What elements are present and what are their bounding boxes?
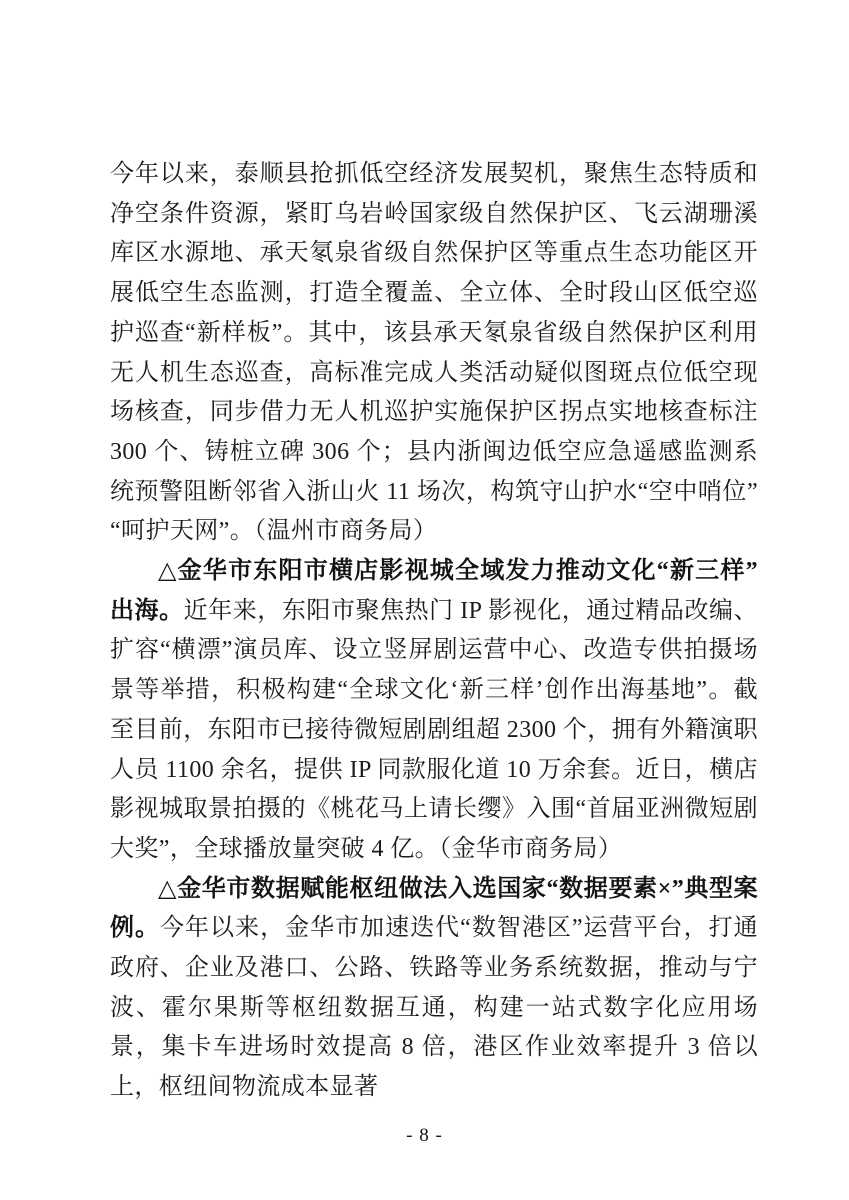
news-item-data-hub-body: 今年以来，金华市加速迭代“数智港区”运营平台，打通政府、企业及港口、公路、铁路等…: [110, 915, 758, 1100]
document-body: 今年以来，泰顺县抢抓低空经济发展契机，聚焦生态特质和净空条件资源，紧盯乌岩岭国家…: [110, 155, 758, 1108]
news-item-data-hub: △金华市数据赋能枢纽做法入选国家“数据要素×”典型案例。今年以来，金华市加速迭代…: [110, 870, 758, 1108]
page-number: - 8 -: [406, 1125, 443, 1146]
paragraph-continuation: 今年以来，泰顺县抢抓低空经济发展契机，聚焦生态特质和净空条件资源，紧盯乌岩岭国家…: [110, 155, 758, 552]
page-footer: - 8 -: [0, 1124, 849, 1148]
document-page: 今年以来，泰顺县抢抓低空经济发展契机，聚焦生态特质和净空条件资源，紧盯乌岩岭国家…: [0, 0, 849, 1200]
news-item-hengdian: △金华市东阳市横店影视城全域发力推动文化“新三样”出海。近年来，东阳市聚焦热门 …: [110, 552, 758, 870]
news-item-hengdian-body: 近年来，东阳市聚焦热门 IP 影视化，通过精品改编、扩容“横漂”演员库、设立竖屏…: [110, 598, 758, 862]
